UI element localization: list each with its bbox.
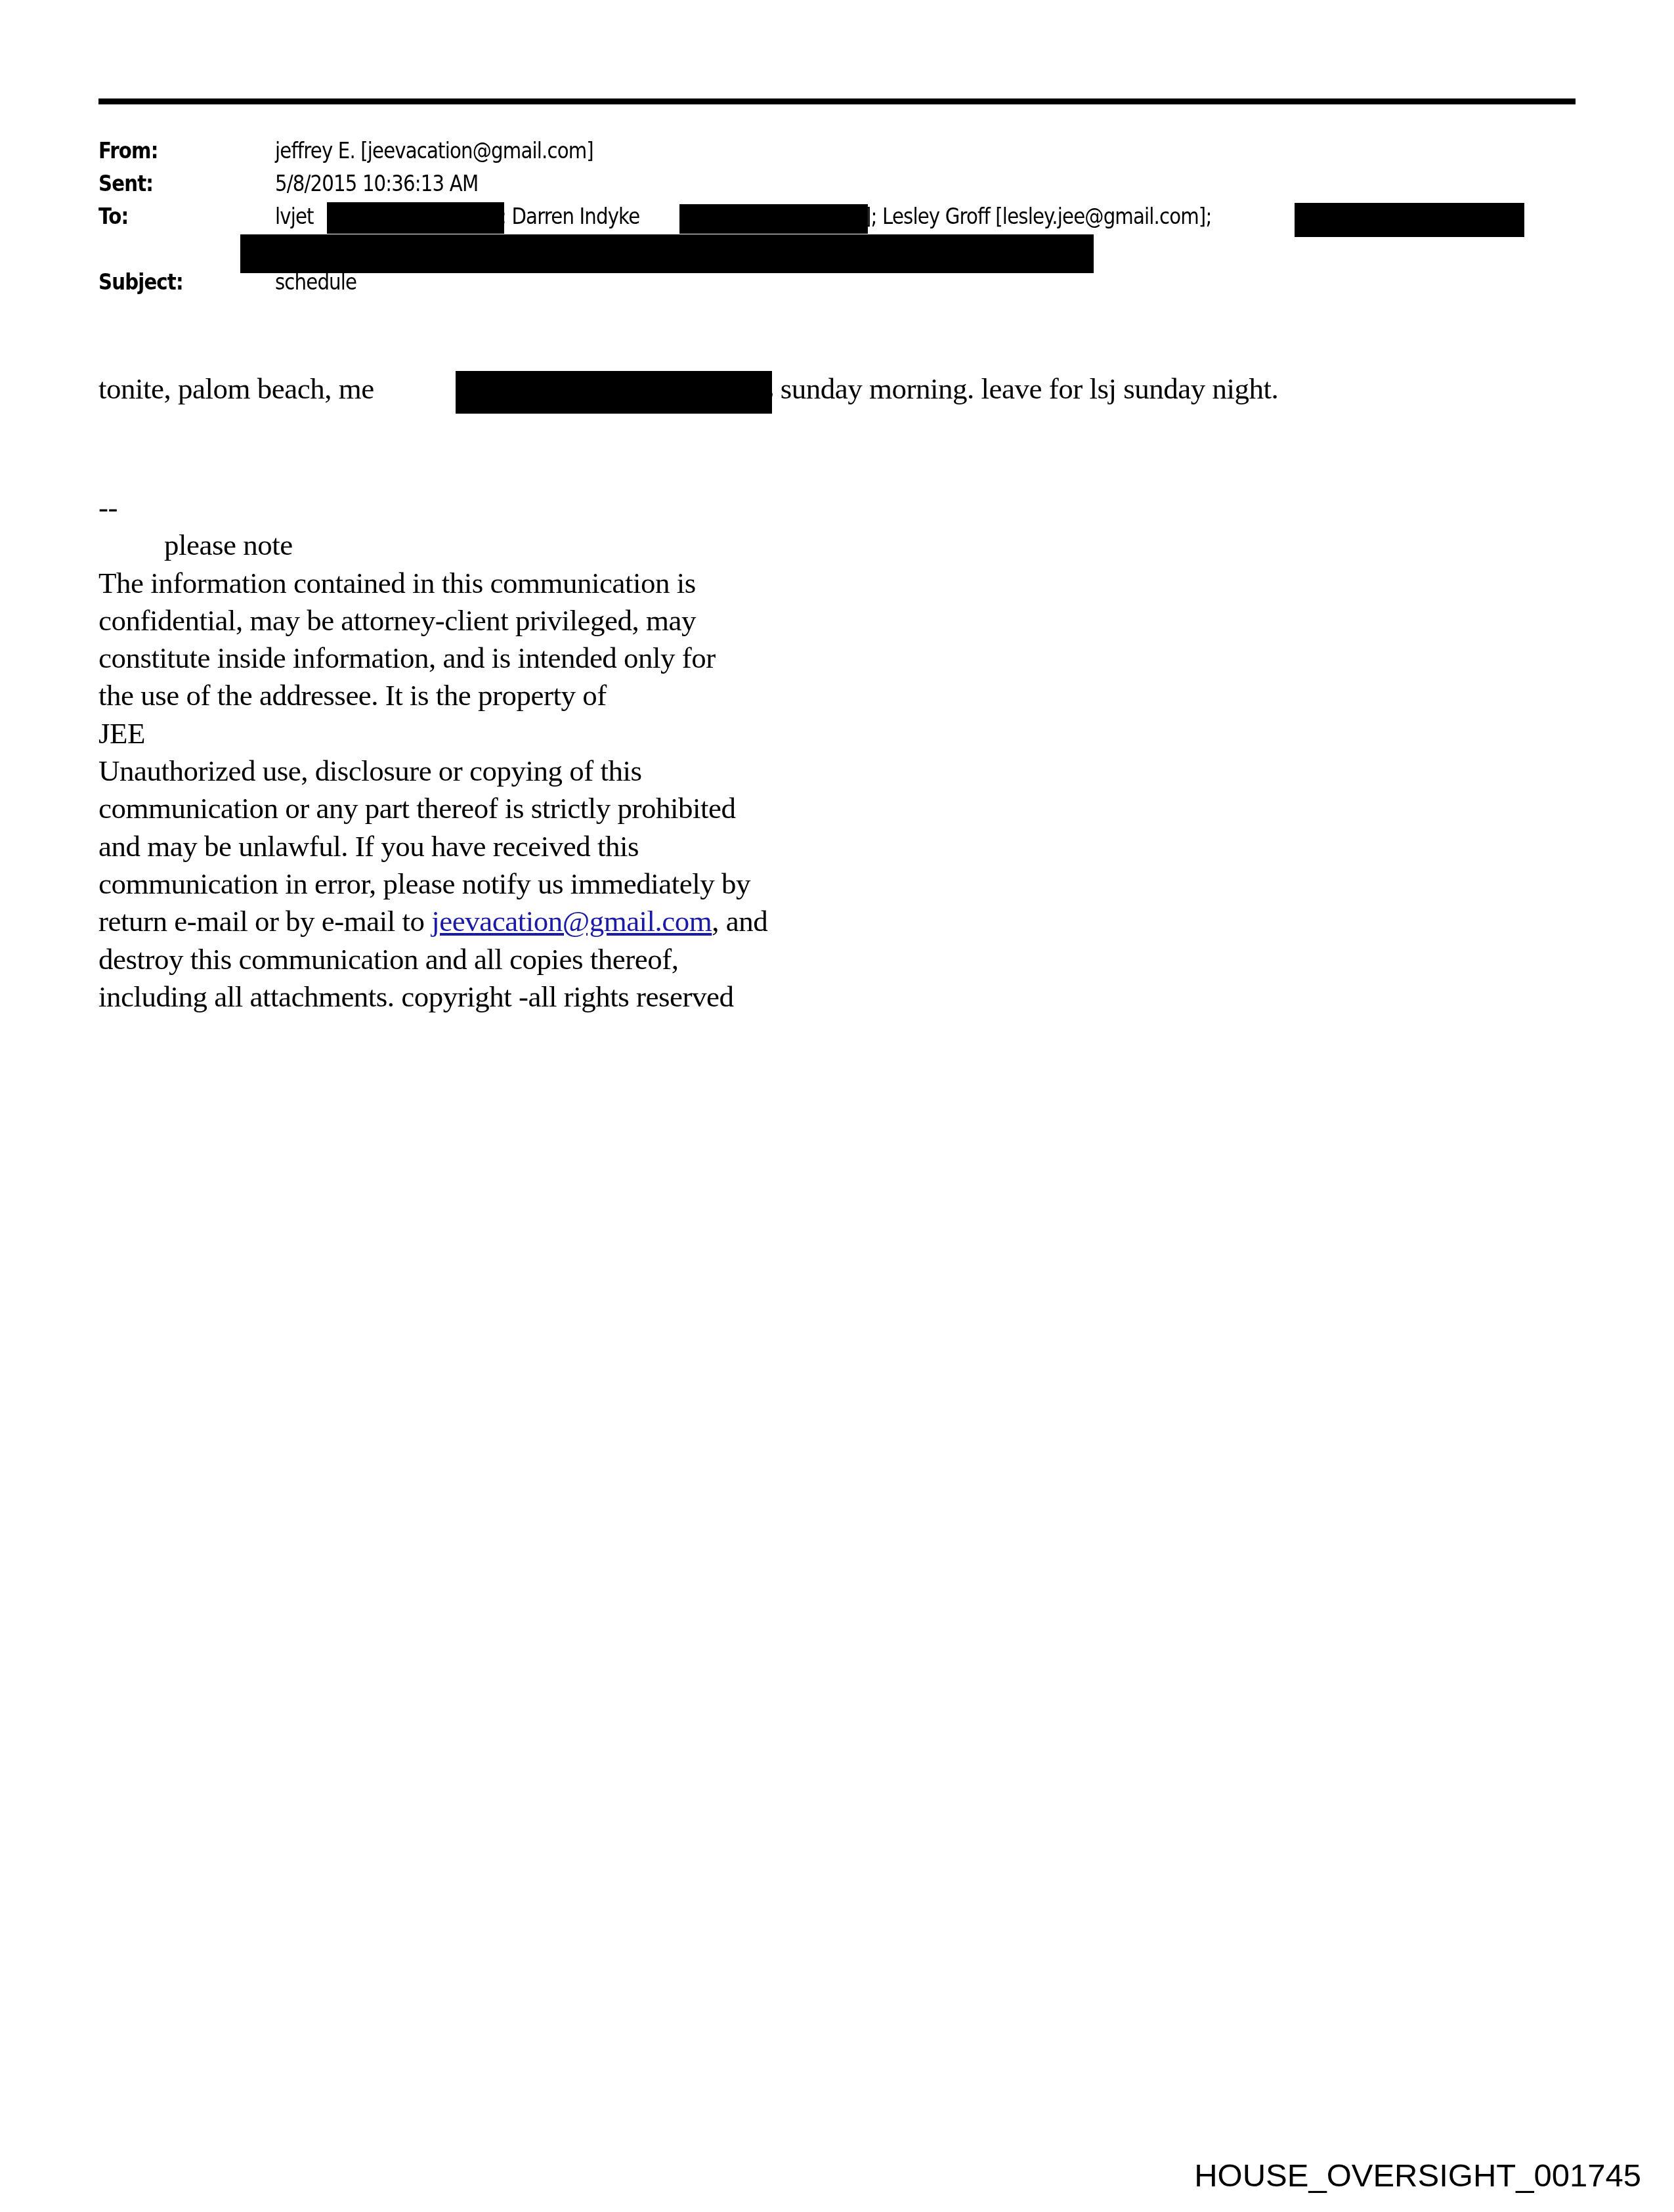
signature-block: -- please note The information contained…: [98, 489, 767, 1016]
subject-label: Subject:: [98, 269, 183, 295]
disclaimer-line: and may be unlawful. If you have receive…: [98, 828, 767, 865]
sent-label: Sent:: [98, 171, 153, 197]
to-recipient-lesley-groff: ]; Lesley Groff [lesley.jee@gmail.com];: [864, 204, 1211, 230]
redaction-box: [240, 234, 1094, 273]
disclaimer-line: including all attachments. copyright -al…: [98, 978, 767, 1016]
from-label: From:: [98, 138, 158, 164]
disclaimer-line: the use of the addressee. It is the prop…: [98, 677, 767, 714]
subject-value: schedule: [275, 269, 356, 295]
bates-number: HOUSE_OVERSIGHT_001745: [1194, 2158, 1641, 2194]
message-body-part1: tonite, palom beach, me: [98, 372, 374, 405]
signature-separator: --: [98, 489, 767, 527]
disclaimer-line-with-link: return e-mail or by e-mail to jeevacatio…: [98, 903, 767, 940]
link-prefix: return e-mail or by e-mail to: [98, 905, 431, 938]
redaction-box: [722, 204, 868, 234]
email-link[interactable]: jeevacation@gmail.com: [431, 905, 712, 938]
from-value: jeffrey E. [jeevacation@gmail.com]: [275, 138, 593, 164]
redaction-box: [456, 371, 772, 414]
to-recipient-lvjet: lvjet: [275, 204, 314, 230]
sent-value: 5/8/2015 10:36:13 AM: [275, 171, 478, 197]
disclaimer-line: confidential, may be attorney-client pri…: [98, 602, 767, 640]
disclaimer-line: communication in error, please notify us…: [98, 865, 767, 903]
disclaimer-line: destroy this communication and all copie…: [98, 941, 767, 978]
disclaimer-line: communication or any part thereof is str…: [98, 790, 767, 827]
redaction-box: [327, 202, 504, 234]
disclaimer-line: JEE: [98, 715, 767, 752]
disclaimer-line: Unauthorized use, disclosure or copying …: [98, 752, 767, 790]
to-label: To:: [98, 204, 128, 230]
disclaimer-line: constitute inside information, and is in…: [98, 640, 767, 677]
header-rule: [98, 98, 1576, 104]
please-note-heading: please note: [98, 527, 767, 564]
disclaimer-line: The information contained in this commun…: [98, 565, 767, 602]
link-suffix: , and: [712, 905, 767, 938]
redaction-box: [1295, 203, 1524, 237]
to-recipient-darren-indyke: ; Darren Indyke: [500, 204, 639, 230]
message-body-part2: comes sunday morning. leave for lsj sund…: [700, 372, 1279, 405]
